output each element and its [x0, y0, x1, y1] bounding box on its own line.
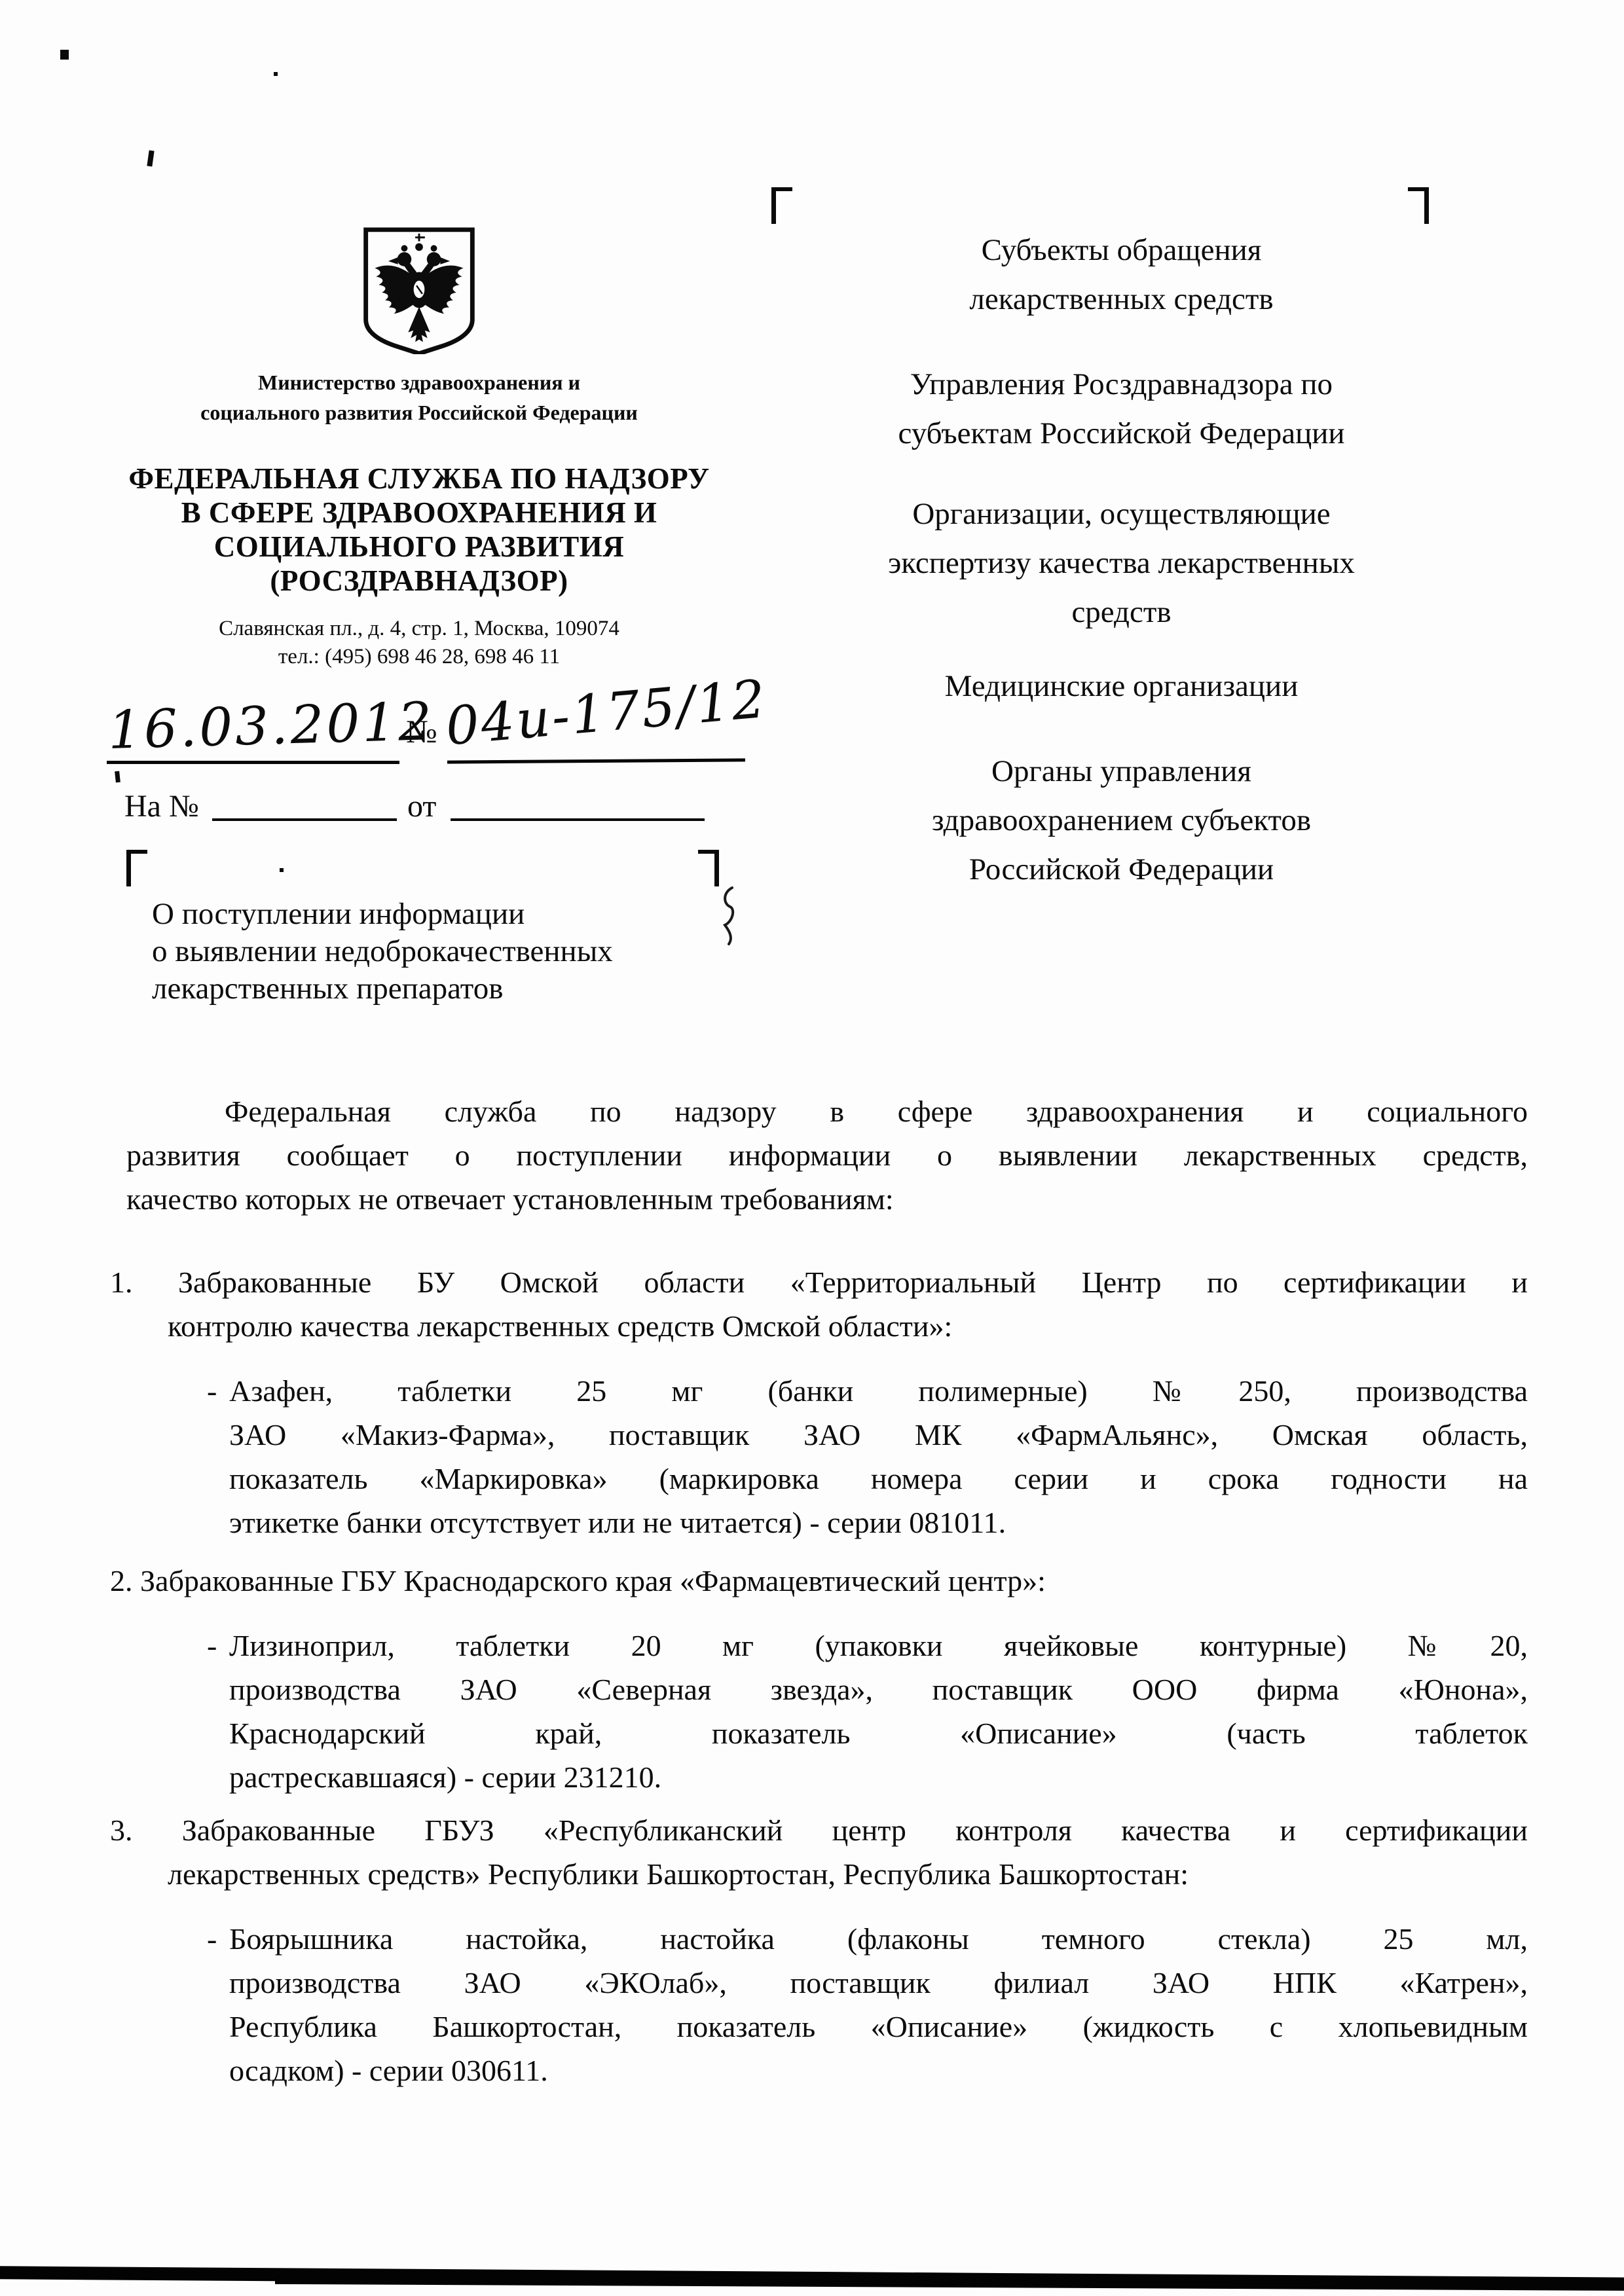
letterhead-block: Министерство здравоохранения и социально…: [105, 226, 733, 671]
list-item: 3. Забракованные ГБУЗ «Республиканский ц…: [126, 1808, 1528, 1896]
list-item: 2. Забракованные ГБУ Краснодарского края…: [126, 1559, 1528, 1603]
recipient-line: средств: [779, 588, 1464, 637]
bullet-dash: -: [207, 1369, 217, 1413]
ministry-name: Министерство здравоохранения и социально…: [105, 367, 733, 428]
item-heading-line: лекарственных средств» Республики Башкор…: [168, 1852, 1528, 1896]
service-line: ФЕДЕРАЛЬНАЯ СЛУЖБА ПО НАДЗОРУ: [105, 462, 733, 496]
recipient-line: Организации, осуществляющие: [779, 490, 1464, 539]
product-line: растрескавшаяся) - серии 231210.: [229, 1755, 1528, 1799]
ministry-line: Министерство здравоохранения и: [105, 367, 733, 397]
reply-date-blank-line: [451, 818, 705, 821]
scanned-letter-page: Министерство здравоохранения и социально…: [0, 0, 1624, 2296]
intro-line: Федеральная служба по надзору в сфере зд…: [126, 1089, 1528, 1133]
phone-line: тел.: (495) 698 46 28, 698 46 11: [105, 643, 733, 671]
item-heading-line: 1. Забракованные БУ Омской области «Терр…: [110, 1260, 1528, 1304]
product-entry: - Лизиноприл, таблетки 20 мг (упаковки я…: [229, 1624, 1528, 1799]
recipient-group: Субъекты обращения лекарственных средств: [779, 226, 1464, 324]
product-line: Краснодарский край, показатель «Описание…: [229, 1711, 1528, 1755]
recipient-line: лекарственных средств: [779, 275, 1464, 324]
address-block: Славянская пл., д. 4, стр. 1, Москва, 10…: [105, 615, 733, 671]
product-line: Лизиноприл, таблетки 20 мг (упаковки яче…: [229, 1624, 1528, 1667]
item-heading-line: контролю качества лекарственных средств …: [168, 1304, 1528, 1348]
product-entry: - Боярышника настойка, настойка (флаконы…: [229, 1917, 1528, 2092]
scan-speck: [280, 868, 284, 872]
list-item: 1. Забракованные БУ Омской области «Терр…: [126, 1260, 1528, 1348]
recipients-block: Субъекты обращения лекарственных средств…: [779, 226, 1464, 894]
bullet-dash: -: [207, 1917, 217, 1961]
recipient-line: Субъекты обращения: [779, 226, 1464, 275]
product-line: производства ЗАО «ЭКОлаб», поставщик фил…: [229, 1961, 1528, 2005]
service-name: ФЕДЕРАЛЬНАЯ СЛУЖБА ПО НАДЗОРУ В СФЕРЕ ЗД…: [105, 462, 733, 598]
ministry-line: социального развития Российской Федераци…: [105, 397, 733, 428]
reply-number-label: На №: [124, 788, 199, 824]
corner-bracket-icon: [771, 187, 792, 224]
product-line: Республика Башкортостан, показатель «Опи…: [229, 2005, 1528, 2049]
number-sign: №: [406, 712, 437, 750]
product-line: производства ЗАО «Северная звезда», пост…: [229, 1667, 1528, 1711]
item-heading-line: 3. Забракованные ГБУЗ «Республиканский ц…: [110, 1808, 1528, 1852]
subject-line: о выявлении недоброкачественных: [152, 933, 741, 970]
recipient-group: Управления Росздравнадзора по субъектам …: [779, 360, 1464, 458]
product-line: Боярышника настойка, настойка (флаконы т…: [229, 1917, 1528, 1961]
intro-line: развития сообщает о поступлении информац…: [126, 1133, 1528, 1177]
subject-block: О поступлении информации о выявлении нед…: [152, 896, 741, 1008]
product-line: этикетке банки отсутствует или не читает…: [229, 1501, 1528, 1544]
recipient-line: здравоохранением субъектов: [779, 796, 1464, 845]
item-heading-line: 2. Забракованные ГБУ Краснодарского края…: [110, 1559, 1528, 1603]
scan-speck: [147, 151, 154, 167]
product-line: ЗАО «Макиз-Фарма», поставщик ЗАО МК «Фар…: [229, 1413, 1528, 1457]
corner-bracket-icon: [698, 850, 719, 886]
recipient-line: субъектам Российской Федерации: [779, 409, 1464, 458]
recipient-line: Российской Федерации: [779, 845, 1464, 894]
subject-line: О поступлении информации: [152, 896, 741, 933]
scan-speck: [60, 50, 69, 60]
address-line: Славянская пл., д. 4, стр. 1, Москва, 10…: [105, 615, 733, 643]
service-line: (РОСЗДРАВНАДЗОР): [105, 564, 733, 598]
handwritten-outgoing-number: 04и-175/12: [443, 668, 769, 757]
date-underline: [107, 761, 399, 764]
recipient-line: Медицинские организации: [779, 662, 1464, 711]
intro-line: качество которых не отвечает установленн…: [126, 1177, 1528, 1221]
product-line: осадком) - серии 030611.: [229, 2049, 1528, 2092]
recipient-group: Органы управления здравоохранением субъе…: [779, 747, 1464, 894]
handwritten-date: 16.03.2012: [107, 691, 435, 761]
recipient-line: Управления Росздравнадзора по: [779, 360, 1464, 409]
reply-number-blank-line: [212, 818, 397, 821]
intro-paragraph: Федеральная служба по надзору в сфере зд…: [126, 1089, 1528, 1221]
corner-bracket-icon: [126, 850, 147, 886]
service-line: В СФЕРЕ ЗДРАВООХРАНЕНИЯ И: [105, 496, 733, 530]
recipient-line: Органы управления: [779, 747, 1464, 796]
subject-line: лекарственных препаратов: [152, 970, 741, 1008]
corner-bracket-icon: [1408, 187, 1429, 224]
letter-body: Федеральная служба по надзору в сфере зд…: [126, 1089, 1528, 2092]
coat-of-arms-icon: [357, 226, 481, 354]
recipient-line: экспертизу качества лекарственных: [779, 539, 1464, 588]
handwritten-mark: [718, 884, 739, 947]
product-entry: - Азафен, таблетки 25 мг (банки полимерн…: [229, 1369, 1528, 1544]
bullet-dash: -: [207, 1624, 217, 1667]
product-line: Азафен, таблетки 25 мг (банки полимерные…: [229, 1369, 1528, 1413]
recipient-group: Организации, осуществляющие экспертизу к…: [779, 490, 1464, 637]
service-line: СОЦИАЛЬНОГО РАЗВИТИЯ: [105, 530, 733, 564]
reply-date-label: от: [407, 788, 436, 824]
recipient-group: Медицинские организации: [779, 662, 1464, 711]
scan-speck: [115, 771, 120, 783]
product-line: показатель «Маркировка» (маркировка номе…: [229, 1457, 1528, 1501]
number-underline: [447, 758, 745, 763]
scan-speck: [274, 72, 278, 76]
